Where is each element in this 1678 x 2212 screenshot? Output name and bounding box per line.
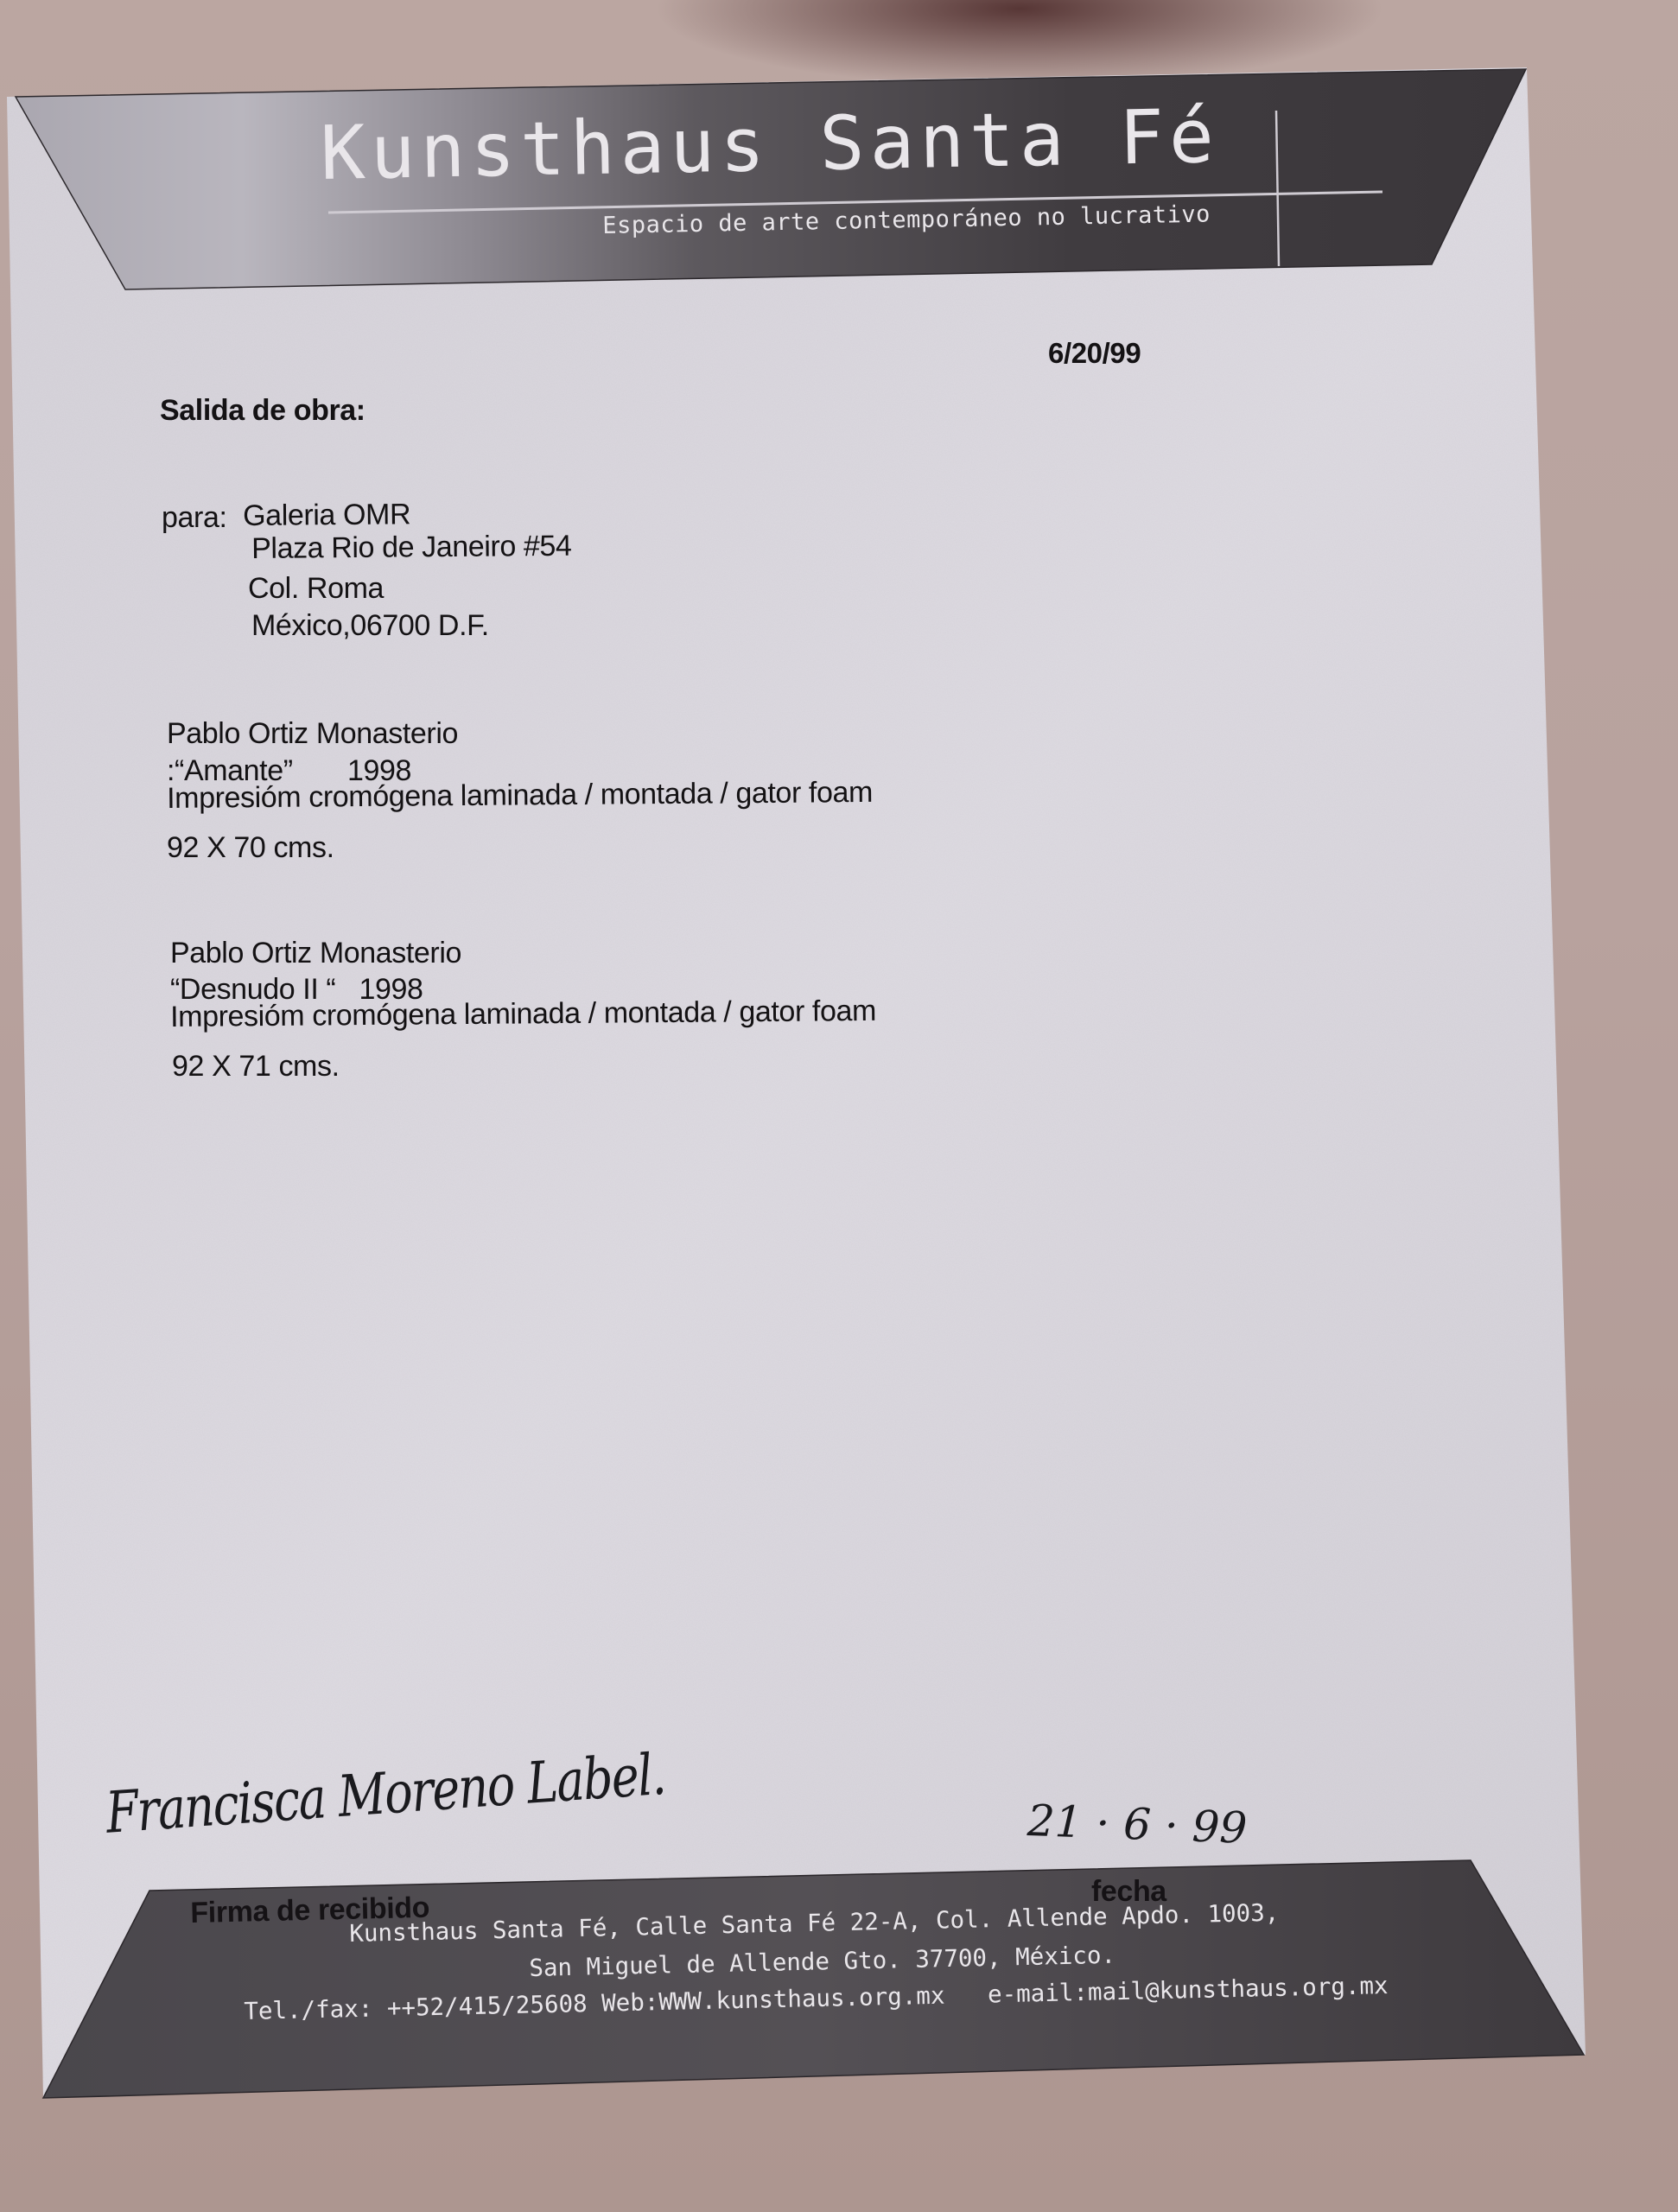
work-technique: Impresióm cromógena laminada / montada /… xyxy=(170,995,876,1034)
work-dimensions: 92 X 70 cms. xyxy=(167,831,334,865)
recipient-address-line: Plaza Rio de Janeiro #54 xyxy=(251,530,572,566)
recipient-name: Galeria OMR xyxy=(243,498,410,533)
work-artist: Pablo Ortiz Monasterio xyxy=(170,937,461,970)
work-dimensions: 92 X 71 cms. xyxy=(172,1050,340,1084)
recipient-label: para: xyxy=(162,501,227,535)
org-name: Kunsthaus Santa Fé xyxy=(320,93,1220,197)
handwritten-date: 21 · 6 · 99 xyxy=(1027,1796,1248,1853)
recipient-address-line: México,06700 D.F. xyxy=(251,609,489,643)
document-title: Salida de obra: xyxy=(160,394,365,428)
document-date: 6/20/99 xyxy=(1048,337,1141,370)
work-technique: Impresióm cromógena laminada / montada /… xyxy=(167,776,873,816)
paper-sheet xyxy=(0,0,1678,2212)
work-artist: Pablo Ortiz Monasterio xyxy=(167,717,458,751)
recipient-address-line: Col. Roma xyxy=(248,572,384,606)
